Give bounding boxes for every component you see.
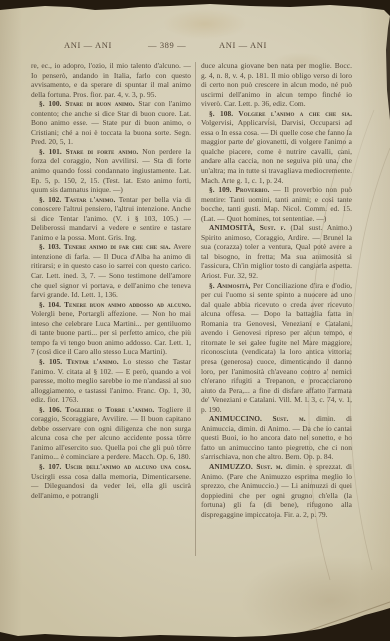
entry-lead: §. 105. Tentar l'animo. (39, 357, 119, 366)
entry-lead: ANIMOSITÀ, Sust. f. (209, 223, 286, 232)
column-divider-rule (195, 62, 196, 556)
entry-paragraph: §. 104. Tenere buon animo addosso ad alc… (31, 300, 191, 357)
entry-paragraph: ANIMUCCINO. Sust. m. dimin. di Animuccia… (201, 414, 352, 462)
entry-paragraph: §. 100. Stare di buon animo. Star con l'… (31, 99, 191, 147)
entry-paragraph: §. 106. Togliere o Torre l'animo. Toglie… (31, 405, 191, 462)
text-column-left: re, ec., io adopro, l'ozio, il mio talen… (31, 61, 191, 500)
page-number: — 389 — (148, 40, 186, 50)
scanned-book-page: { "header": { "left": "ANI — ANI", "cent… (0, 0, 390, 641)
entry-paragraph: ANIMUZZO. Sust. m. dimin. e sprezzat. di… (201, 462, 352, 519)
continuation-paragraph: duce alcuna giovane ben nata per moglie.… (201, 61, 352, 109)
entry-paragraph: §. 108. Volgere l'animo a che che sia. V… (201, 109, 352, 185)
entry-paragraph: §. 103. Tenere animo di far che che sia.… (31, 242, 191, 299)
entry-paragraph: ANIMOSITÀ, Sust. f. (Dal sust. Animo.) S… (201, 223, 352, 280)
text-column-right: duce alcuna giovane ben nata per moglie.… (201, 61, 352, 519)
entry-paragraph: §. 105. Tentar l'animo. Lo stesso che Ta… (31, 357, 191, 405)
running-header-right: ANI — ANI (219, 40, 267, 50)
entry-lead: §. 100. Stare di buon animo. (39, 99, 135, 108)
entry-lead: §. 101. Stare di forte animo. (39, 147, 138, 156)
running-header: ANI — ANI — 389 — ANI — ANI (0, 40, 390, 54)
entry-paragraph: §. 107. Uscir dell'animo ad alcuno una c… (31, 462, 191, 500)
entry-paragraph: §. 102. Tastar l'animo. Tentar per bella… (31, 195, 191, 243)
entry-lead: §. 108. Volgere l'animo a che che sia. (209, 109, 352, 118)
entry-paragraph: §. Animosità, Per Conciliazione d'ira e … (201, 281, 352, 415)
entry-lead: §. Animosità, (209, 281, 250, 290)
entry-lead: §. 102. Tastar l'animo. (39, 195, 115, 204)
entry-lead: ANIMUZZO. Sust. m. (209, 462, 283, 471)
entry-lead: §. 104. Tenere buon animo addosso ad alc… (39, 300, 191, 309)
entry-lead: §. 103. Tenere animo di far che che sia. (39, 242, 171, 251)
entry-lead: §. 106. Togliere o Torre l'animo. (39, 405, 154, 414)
entry-lead: ANIMUCCINO. Sust. m. (209, 414, 306, 423)
entry-paragraph: §. 109. Proverbio. — Il proverbio non pu… (201, 185, 352, 223)
entry-lead: §. 109. Proverbio. (209, 185, 269, 194)
continuation-paragraph: re, ec., io adopro, l'ozio, il mio talen… (31, 61, 191, 99)
entry-paragraph: §. 101. Stare di forte animo. Non perder… (31, 147, 191, 195)
entry-lead: §. 107. Uscir dell'animo ad alcuno una c… (39, 462, 191, 471)
running-header-left: ANI — ANI (64, 40, 112, 50)
